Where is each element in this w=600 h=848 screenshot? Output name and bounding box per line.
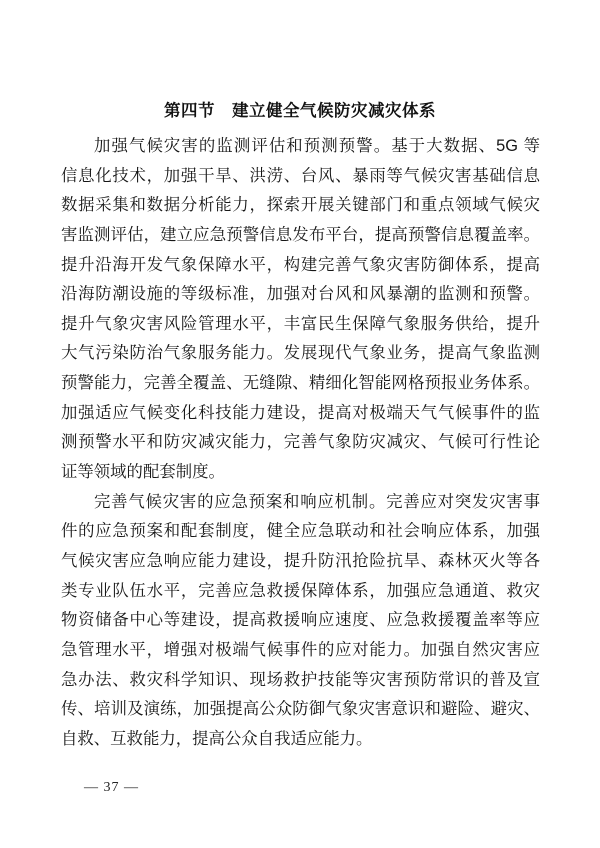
text-line: 气候灾害应急响应能力建设，提升防汛抢险抗旱、森林灭火等各: [61, 547, 540, 577]
text-line: 自救、互救能力，提高公众自我适应能力。: [61, 725, 540, 755]
text-line: 急管理水平，增强对极端气候事件的应对能力。加强自然灾害应: [61, 636, 540, 666]
text-line: 测预警水平和防灾减灾能力，完善气象防灾减灾、气候可行性论: [61, 428, 540, 458]
text-line: 大气污染防治气象服务能力。发展现代气象业务，提高气象监测: [61, 339, 540, 369]
text-line: 害监测评估，建立应急预警信息发布平台，提高预警信息覆盖率。: [61, 221, 540, 251]
text-line: 预警能力，完善全覆盖、无缝隙、精细化智能网格预报业务体系。: [61, 369, 540, 399]
text-line: 加强气候灾害的监测评估和预测预警。基于大数据、5G 等: [61, 132, 540, 162]
text-line: 沿海防潮设施的等级标准，加强对台风和风暴潮的监测和预警。: [61, 280, 540, 310]
text-line: 完善气候灾害的应急预案和响应机制。完善应对突发灾害事: [61, 488, 540, 518]
text-line: 急办法、救灾科学知识、现场救护技能等灾害预防常识的普及宣: [61, 666, 540, 696]
text-line: 提升气象灾害风险管理水平，丰富民生保障气象服务供给，提升: [61, 310, 540, 340]
document-page: 第四节 建立健全气候防灾减灾体系 加强气候灾害的监测评估和预测预警。基于大数据、…: [0, 0, 600, 848]
page-number: — 37 —: [84, 780, 139, 796]
section-title: 第四节 建立健全气候防灾减灾体系: [0, 97, 600, 121]
text-line: 提升沿海开发气象保障水平，构建完善气象灾害防御体系，提高: [61, 251, 540, 281]
text-line: 数据采集和数据分析能力，探索开展关键部门和重点领域气候灾: [61, 191, 540, 221]
text-line: 传、培训及演练，加强提高公众防御气象灾害意识和避险、避灾、: [61, 695, 540, 725]
text-line: 类专业队伍水平，完善应急救援保障体系，加强应急通道、救灾: [61, 577, 540, 607]
text-line: 物资储备中心等建设，提高救援响应速度、应急救援覆盖率等应: [61, 606, 540, 636]
text-line: 证等领域的配套制度。: [61, 458, 540, 488]
text-line: 信息化技术，加强干旱、洪涝、台风、暴雨等气候灾害基础信息: [61, 162, 540, 192]
document-body: 加强气候灾害的监测评估和预测预警。基于大数据、5G 等 信息化技术，加强干旱、洪…: [61, 132, 540, 754]
text-line: 加强适应气候变化科技能力建设，提高对极端天气气候事件的监: [61, 399, 540, 429]
text-line: 件的应急预案和配套制度，健全应急联动和社会响应体系，加强: [61, 517, 540, 547]
